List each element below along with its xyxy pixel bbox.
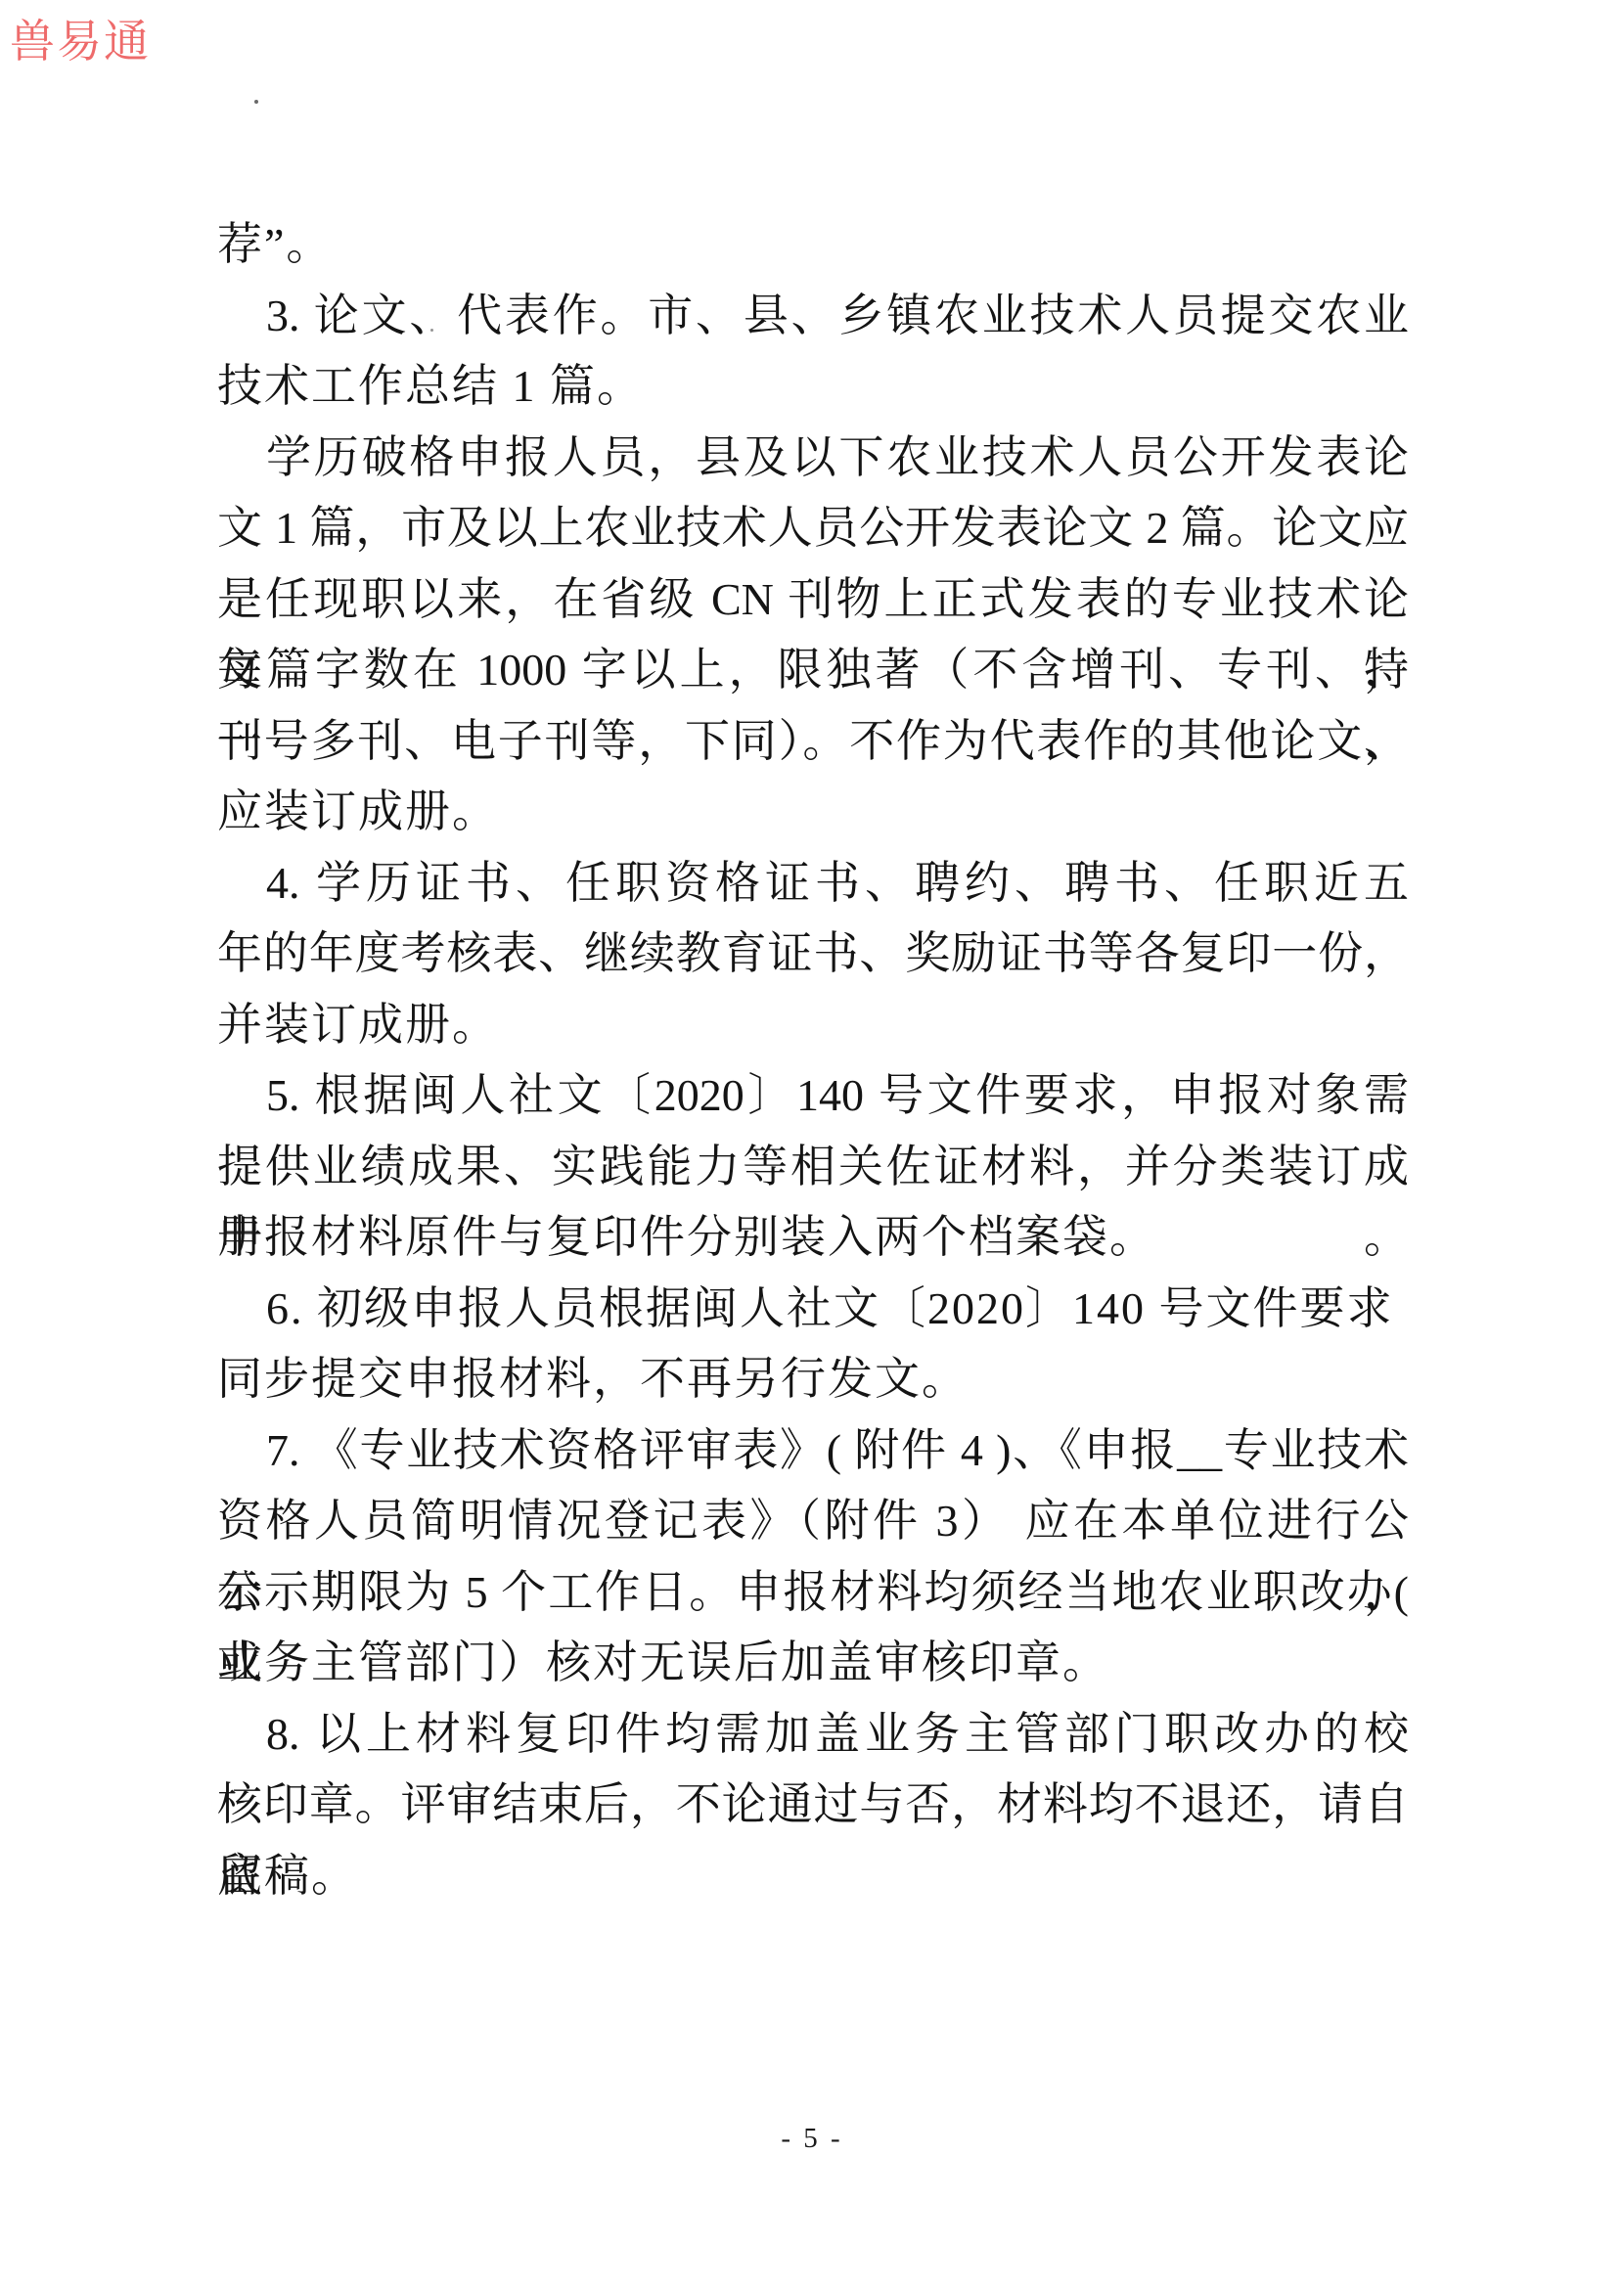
text-line: 6. 初级申报人员根据闽人社文〔2020〕140 号文件要求 — [217, 1274, 1409, 1345]
page-number: - 5 - — [0, 2123, 1624, 2155]
text-line: 并装订成册。 — [217, 990, 1409, 1061]
text-line: 资格人员简明情况登记表》（附件 3） 应在本单位进行公示， — [217, 1486, 1409, 1557]
text-line: 年的年度考核表、继续教育证书、奖励证书等各复印一份， — [217, 919, 1409, 990]
text-line: 5. 根据闽人社文〔2020〕140 号文件要求，申报对象需 — [217, 1060, 1409, 1132]
document-body: 荐”。3. 论文、代表作。市、县、乡镇农业技术人员提交农业技术工作总结 1 篇。… — [217, 209, 1409, 1911]
text-line: 7. 《专业技术资格评审表》( 附件 4 )、《申报__专业技术 — [217, 1415, 1409, 1487]
text-line: 公示期限为 5 个工作日。申报材料均须经当地农业职改办( 或 — [217, 1557, 1409, 1629]
text-line: 业务主管部门）核对无误后加盖审核印章。 — [217, 1628, 1409, 1699]
text-line: 4. 学历证书、任职资格证书、聘约、聘书、任职近五 — [217, 848, 1409, 920]
scanned-document-page: 兽易通 荐”。3. 论文、代表作。市、县、乡镇农业技术人员提交农业技术工作总结 … — [0, 0, 1624, 2288]
watermark-text: 兽易通 — [10, 6, 151, 70]
text-line: 是任现职以来，在省级 CN 刊物上正式发表的专业技术论文， — [217, 564, 1409, 636]
text-line: 3. 论文、代表作。市、县、乡镇农业技术人员提交农业 — [217, 281, 1409, 352]
scan-speck — [254, 100, 258, 104]
text-line: 核印章。评审结束后，不论通过与否，材料均不退还，请自留 — [217, 1770, 1409, 1841]
text-line: 技术工作总结 1 篇。 — [217, 351, 1409, 423]
text-line: 同步提交申报材料，不再另行发文。 — [217, 1344, 1409, 1415]
text-line: 底稿。 — [217, 1841, 1409, 1912]
text-line: 应装订成册。 — [217, 777, 1409, 848]
text-line: 文 1 篇，市及以上农业技术人员公开发表论文 2 篇。论文应 — [217, 493, 1409, 564]
text-line: 学历破格申报人员，县及以下农业技术人员公开发表论 — [217, 423, 1409, 494]
text-line: 提供业绩成果、实践能力等相关佐证材料，并分类装订成册。 — [217, 1132, 1409, 1203]
text-line: 每篇字数在 1000 字以上，限独著（不含增刊、专刊、特刊、 — [217, 635, 1409, 706]
text-line: 8. 以上材料复印件均需加盖业务主管部门职改办的校 — [217, 1699, 1409, 1771]
text-line: 一号多刊、电子刊等，下同）。不作为代表作的其他论文， — [217, 706, 1409, 778]
text-line: 荐”。 — [217, 209, 1409, 281]
